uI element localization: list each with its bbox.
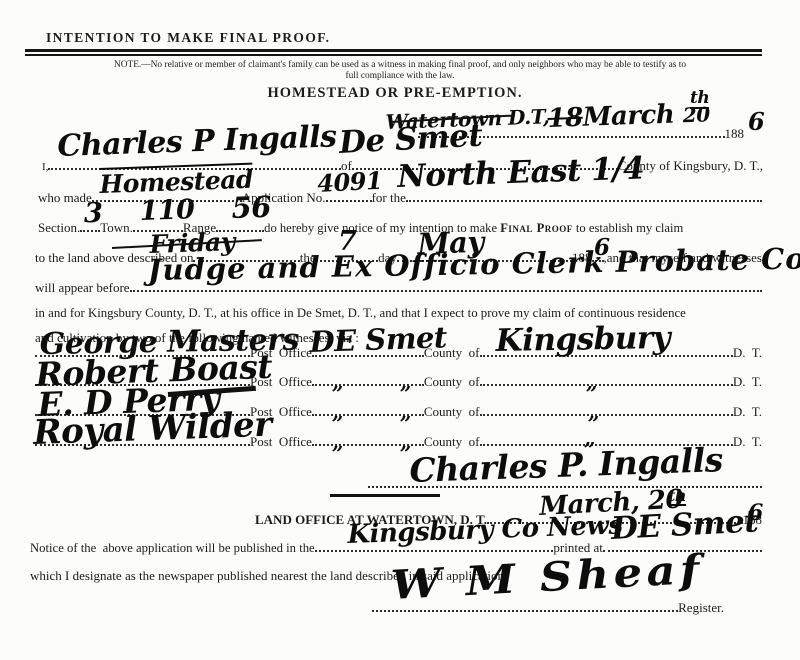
publish-label: Notice of the above application will be … (30, 541, 315, 556)
dateline-year-digit: 6 (748, 110, 764, 134)
document-title: INTENTION TO MAKE FINAL PROOF. (46, 30, 330, 46)
claimant-signature: Charles P. Ingalls (409, 443, 723, 487)
land-office-date-ordinal: th (668, 488, 686, 506)
dateline-day-ordinal: th (690, 90, 709, 109)
notice-post: to establish my claim (573, 221, 684, 235)
will-appear-label: will appear before (35, 280, 130, 296)
note-line2: full compliance with the law. (346, 71, 455, 81)
witness-1-county: Kingsbury (495, 323, 670, 357)
application-no-handwriting: 4091 (317, 169, 383, 196)
territory-label: D. T. (733, 404, 762, 420)
town-handwriting: 110 (139, 196, 195, 225)
witness-county-rule (480, 406, 733, 416)
dateline-year-printed: 188 (725, 126, 745, 142)
witness-4-po-ditto: „ (400, 432, 411, 452)
territory-label: D. T. (733, 434, 762, 450)
witness-2-po-ditto: „ (332, 372, 343, 392)
register-label: Register. (678, 600, 724, 616)
signature-dash-mark (330, 494, 440, 497)
witness-4-po-ditto: „ (332, 432, 343, 452)
printed-place-handwriting: DE Smet (610, 506, 758, 545)
section-label: Section. (38, 220, 80, 236)
witness-3-po-ditto: „ (332, 402, 343, 422)
tract-rule (406, 192, 762, 202)
tract-handwriting: North East 1/4 (397, 153, 645, 193)
form-heading: HOMESTEAD OR PRE-EMPTION. (35, 85, 755, 102)
witness-2-county-ditto: „ (586, 372, 597, 392)
territory-label: D. T. (733, 374, 762, 390)
witness-4-name: Royal Wilder (33, 408, 272, 450)
county-of-label: County of (424, 374, 480, 390)
county-of-label: County of (424, 404, 480, 420)
office-line: in and for Kingsbury County, D. T., at h… (35, 306, 686, 321)
town-label: Town. (100, 220, 133, 236)
witness-3-po-ditto: „ (400, 402, 411, 422)
claimant-name-handwriting: Charles P Ingalls (57, 122, 337, 162)
witness-2-po-ditto: „ (400, 372, 411, 392)
notice-emphasis: Final Proof (500, 221, 573, 235)
header-rule-thick (25, 49, 762, 52)
homestead-final-proof-document: INTENTION TO MAKE FINAL PROOF. NOTE.—No … (0, 0, 800, 660)
witness-3-county-ditto: „ (588, 402, 599, 422)
territory-label: D. T. (733, 345, 762, 361)
county-of-label: County of (424, 434, 480, 450)
section-handwriting: 3 (84, 200, 102, 227)
residence-handwriting: De Smet (338, 121, 483, 159)
witness-county-rule (480, 376, 733, 386)
note-text: NOTE.—No relative or member of claimant'… (38, 60, 762, 81)
range-handwriting: 56 (231, 193, 271, 223)
note-line1: NOTE.—No relative or member of claimant'… (114, 60, 686, 70)
header-rule-thin (25, 54, 762, 56)
register-signature: W M Sheaf (390, 550, 705, 606)
witness-1-post-office: DE Smet (309, 323, 447, 357)
